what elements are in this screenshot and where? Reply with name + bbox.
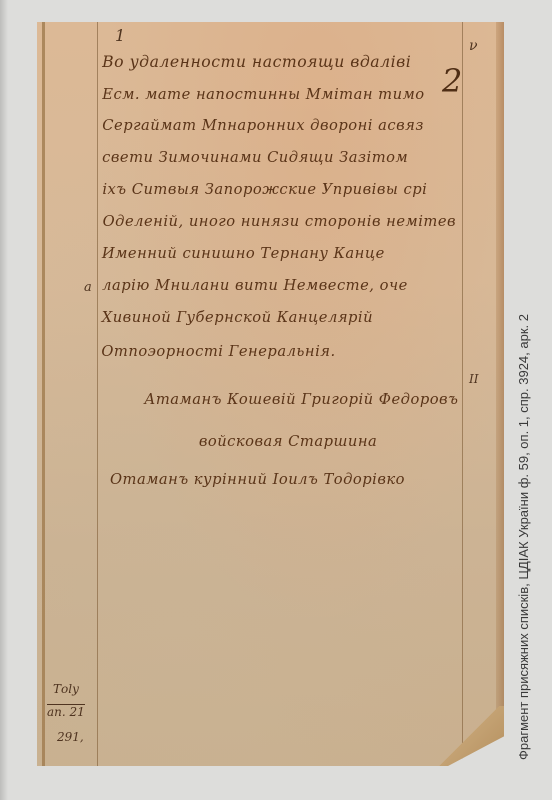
signature-otaman-kurinnyi: Отаманъ курінний Іоилъ Тодорівко [110, 470, 405, 488]
corner-mark-nu: ν [469, 38, 478, 54]
marginal-letter: а [84, 280, 92, 295]
archival-caption: Фрагмент присяжних списків, ЦДІАК Україн… [516, 60, 531, 760]
manuscript-line-5: іхъ Ситвыя Запорожские Упривівы срі [102, 180, 427, 198]
manuscript-line-2: Есм. мате напостинны Ммітан тимо [102, 85, 424, 103]
book-gutter-shadow [0, 0, 8, 800]
folio-number: 2 [442, 62, 462, 100]
signature-viiskova-starshyna: войсковая Старшина [199, 432, 377, 450]
margin-rule-right [462, 22, 463, 766]
manuscript-line-8: ларію Мнилани вити Немвесте, оче [102, 276, 408, 294]
margin-note-2: ап. 21 [47, 704, 85, 719]
signature-ataman-koshovyi: Атаманъ Кошевій Григорій Федоровъ [144, 390, 458, 408]
manuscript-line-6: Оделеній, иного нинязи сторонів немітев [103, 212, 456, 230]
manuscript-page: 1 ν 2 Во удаленности настоящи вдаліві Ес… [37, 22, 504, 766]
manuscript-line-7: Именний синишно Тернану Канце [102, 244, 385, 262]
corner-mark-1: 1 [115, 26, 125, 45]
margin-note-3: 291, [57, 730, 84, 744]
manuscript-line-10: Отпоэорності Генеральнія. [101, 342, 335, 360]
manuscript-line-1: Во удаленности настоящи вдаліві [102, 52, 411, 71]
paper-left-border [42, 22, 45, 766]
manuscript-line-9: Хивиной Губернской Канцелярій [102, 308, 373, 326]
paper-right-edge [496, 22, 504, 766]
margin-rule-left [97, 22, 98, 766]
margin-note-1: Тоlу [53, 682, 79, 696]
folded-corner [434, 706, 504, 766]
manuscript-line-4: свети Зимочинами Сидящи Зазітом [102, 148, 408, 166]
marginal-mark-ii: II [469, 372, 478, 386]
manuscript-line-3: Сергаймат Мпнаронних двороні асвяз [102, 116, 424, 134]
